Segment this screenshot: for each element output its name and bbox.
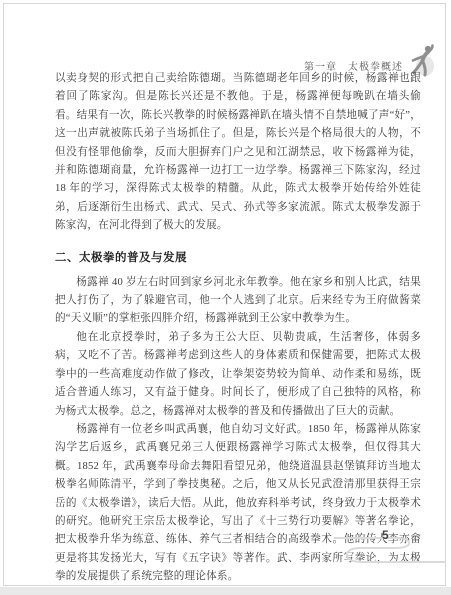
page: 第一章 太极拳概述 以卖身契的形式把自己卖给陈德瑚。当陈德瑚老年回乡的时候，	[3, 3, 446, 586]
book-page-scan: 第一章 太极拳概述 以卖身契的形式把自己卖给陈德瑚。当陈德瑚老年回乡的时候，	[0, 0, 451, 595]
paragraph: 他在北京授拳时，弟子多为王公大臣、贝勒贵戚，生活奢侈，体弱多病，又吃不了苦。杨露…	[55, 329, 421, 421]
scan-edge-strip	[0, 587, 451, 595]
page-number: 5	[382, 528, 389, 542]
page-footer: 5	[334, 524, 446, 564]
section-heading: 二、太极拳的普及与发展	[55, 249, 421, 265]
paragraph: 杨露禅 40 岁左右时回到家乡河北永年教拳。他在家乡和别人比武，结果把人打伤了，…	[55, 274, 421, 329]
swirl-ornament-icon	[334, 524, 446, 564]
paragraph: 以卖身契的形式把自己卖给陈德瑚。当陈德瑚老年回乡的时候，杨露禅也跟着回了陈家沟。…	[55, 70, 421, 236]
body-text: 以卖身契的形式把自己卖给陈德瑚。当陈德瑚老年回乡的时候，杨露禅也跟着回了陈家沟。…	[55, 70, 421, 587]
